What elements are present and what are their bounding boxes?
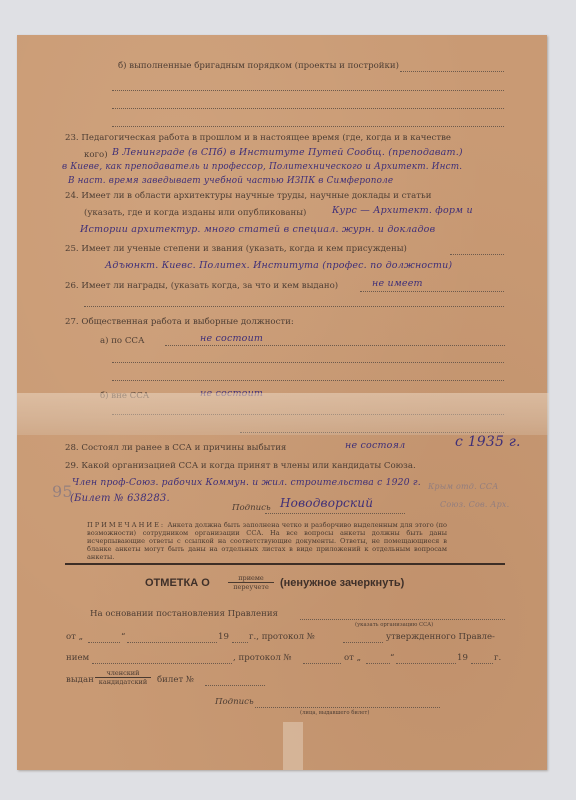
- protocol-field[interactable]: [343, 642, 383, 643]
- item24-label: 24. Имеет ли в области архитектуры научн…: [65, 191, 431, 201]
- mark-sign-caption: (лица, выдавшего билет): [300, 710, 369, 716]
- mark-line3-protocol: , протокол №: [233, 653, 292, 663]
- ticket-type-fraction: членский кандидатский: [95, 669, 151, 686]
- item25-label: 25. Имеет ли ученые степени и звания (ук…: [65, 244, 407, 254]
- year-field-2[interactable]: [471, 663, 493, 664]
- mark-sign-label: Подпись: [215, 697, 254, 707]
- item27-label: 27. Общественная работа и выборные должн…: [65, 317, 294, 327]
- item26-answer: не имеет: [372, 278, 423, 289]
- answer-line: [165, 345, 505, 346]
- item23-label: 23. Педагогическая работа в прошлом и в …: [65, 133, 451, 143]
- year-field[interactable]: [232, 642, 248, 643]
- month-field-2[interactable]: [396, 663, 456, 664]
- item23-answer-line1: В Ленинграде (в СПб) в Институте Путей С…: [112, 147, 463, 158]
- answer-line: [240, 432, 504, 433]
- item29-label: 29. Какой организацией ССА и когда приня…: [65, 461, 416, 471]
- mark-line2-from: от „: [66, 632, 83, 642]
- answer-line: [450, 254, 504, 255]
- signature-value: Новодворский: [280, 496, 373, 510]
- answer-line: [112, 126, 504, 127]
- item29-answer-line2: (Билет № 638283.: [70, 493, 170, 504]
- item23-label-cont: кого): [84, 150, 108, 160]
- mark-line3-start: нием: [66, 653, 89, 663]
- answer-line: [112, 362, 504, 363]
- day-field[interactable]: [88, 642, 120, 643]
- board-field[interactable]: [92, 663, 232, 664]
- answer-line: [112, 380, 504, 381]
- mark-sign-field[interactable]: [255, 707, 440, 708]
- answer-line: [400, 71, 504, 72]
- item27b-label: б) вне ССА: [100, 391, 149, 401]
- answer-line: [112, 414, 504, 415]
- note-heading: ПРИМЕЧАНИЕ:: [87, 521, 165, 529]
- item27b-answer: не состоит: [200, 388, 263, 399]
- item28-answer-year: с 1935 г.: [455, 434, 521, 450]
- protocol-field-2[interactable]: [303, 663, 341, 664]
- mark-title-fraction: приеме переучете: [228, 574, 274, 591]
- ticket-number-field[interactable]: [205, 685, 265, 686]
- answer-line: [112, 108, 504, 109]
- item27a-answer: не состоит: [200, 333, 263, 344]
- mark-line1-caption: (указать организацию ССА): [355, 622, 433, 628]
- item23-answer-line2: в Киеве, как преподаватель и профессор, …: [62, 162, 462, 172]
- mark-title-prefix: ОТМЕТКА О: [145, 577, 210, 589]
- margin-note-1: Крым отд. ССА: [428, 482, 498, 491]
- mark-line2-protocol: г., протокол №: [249, 632, 315, 642]
- item29-answer-line1: Член проф-Союз. рабочих Коммун. и жил. с…: [72, 477, 421, 488]
- item28-answer: не состоял: [345, 440, 405, 451]
- note-block: ПРИМЕЧАНИЕ: Анкета должна быть заполнена…: [87, 521, 447, 561]
- section-divider: [65, 563, 505, 565]
- year-suffix: г.: [494, 653, 501, 663]
- item27a-label: а) по ССА: [100, 336, 145, 346]
- org-field[interactable]: [300, 619, 505, 620]
- margin-note-2: Союз. Сов. Арх.: [440, 500, 509, 509]
- year-prefix-2: 19: [457, 653, 468, 663]
- margin-number: 95: [52, 482, 73, 501]
- fraction-top: приеме: [228, 574, 274, 583]
- item26-label: 26. Имеет ли награды, (указать когда, за…: [65, 281, 338, 291]
- item24-label-cont: (указать, где и когда изданы или опублик…: [84, 208, 306, 218]
- answer-line: [360, 291, 504, 292]
- fraction-bottom: кандидатский: [99, 678, 147, 686]
- mark-line3-from: от „: [344, 653, 361, 663]
- fraction-top: членский: [95, 669, 151, 678]
- item24-answer-line2: Истории архитектур. много статей в специ…: [80, 224, 435, 235]
- mark-line4-start: выдан: [66, 675, 94, 685]
- item28-label: 28. Состоял ли ранее в ССА и причины выб…: [65, 443, 286, 453]
- mark-line1-label: На основании постановления Правления: [90, 609, 278, 619]
- year-prefix: 19: [218, 632, 229, 642]
- month-field[interactable]: [127, 642, 217, 643]
- day-field-2[interactable]: [366, 663, 390, 664]
- item24-answer-line1: Курс — Архитект. форм и: [332, 205, 473, 216]
- quote-mark: “: [390, 653, 394, 663]
- signature-line: [265, 513, 405, 514]
- item25-answer: Адъюнкт. Киевс. Политех. Института (проф…: [105, 260, 452, 271]
- fraction-bottom: переучете: [233, 583, 269, 591]
- quote-mark: “: [121, 632, 125, 642]
- item23-answer-line3: В наст. время заведывает учебной частью …: [68, 176, 393, 186]
- answer-line: [112, 90, 504, 91]
- mark-line2-end: утвержденного Правле-: [386, 632, 495, 642]
- signature-label: Подпись: [232, 503, 271, 513]
- answer-line: [84, 306, 504, 307]
- item22b-label: б) выполненные бригадным порядком (проек…: [118, 61, 399, 71]
- mark-line4-end: билет №: [157, 675, 194, 685]
- mark-title-suffix: (ненужное зачеркнуть): [280, 577, 404, 589]
